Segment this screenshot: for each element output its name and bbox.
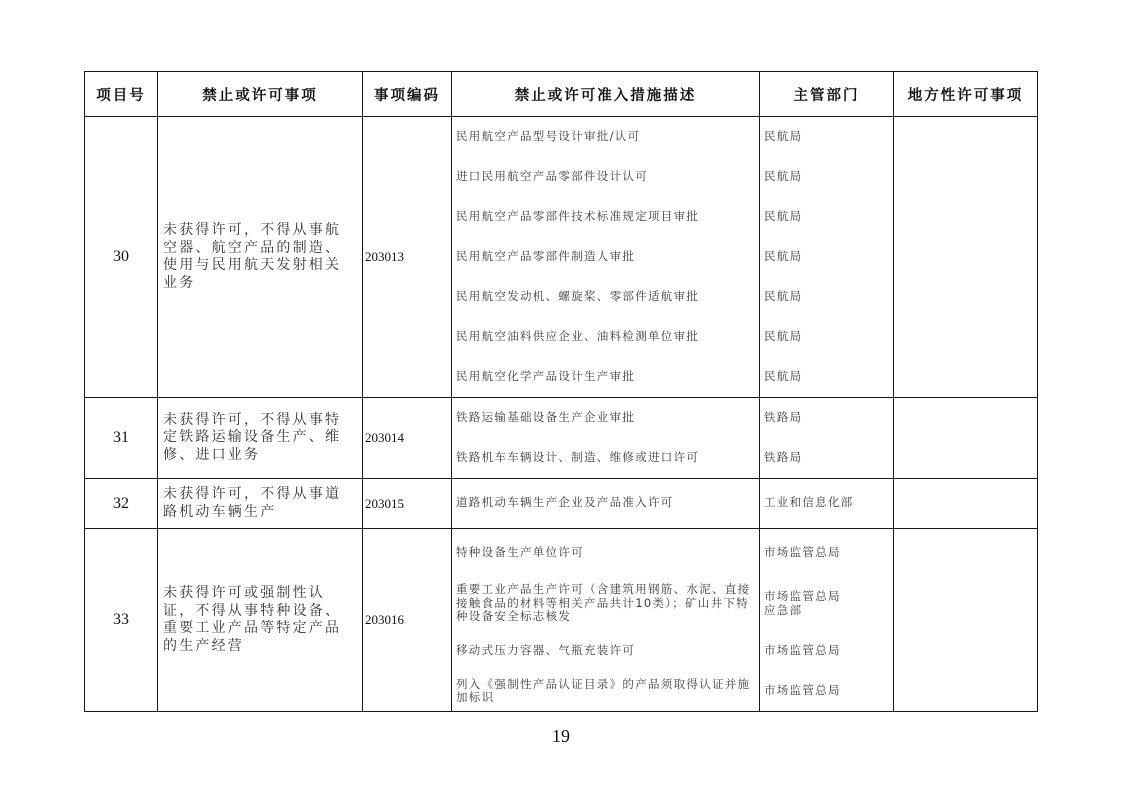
item-title: 未获得许可，不得从事道路机动车辆生产 — [158, 479, 363, 529]
department: 民航局 — [760, 277, 893, 317]
measure-description: 铁路机车车辆设计、制造、维修或进口许可 — [452, 438, 759, 478]
department-list: 铁路局 铁路局 — [760, 398, 894, 479]
department-list: 市场监管总局 市场监管总局 应急部 市场监管总局 市场监管总局 — [760, 529, 894, 712]
permit-table: 项目号 禁止或许可事项 事项编码 禁止或许可准入措施描述 主管部门 地方性许可事… — [84, 71, 1038, 712]
item-code: 203013 — [363, 117, 452, 398]
department: 民航局 — [760, 237, 893, 277]
department: 市场监管总局 — [760, 631, 893, 671]
department: 民航局 — [760, 357, 893, 397]
local-permit — [894, 398, 1038, 479]
measure-description: 进口民用航空产品零部件设计认可 — [452, 157, 759, 197]
department: 民航局 — [760, 197, 893, 237]
header-code: 事项编码 — [363, 72, 452, 117]
measure-description-list: 民用航空产品型号设计审批/认可 进口民用航空产品零部件设计认可 民用航空产品零部… — [452, 117, 760, 398]
measure-description: 民用航空化学产品设计生产审批 — [452, 357, 759, 397]
page-number: 19 — [0, 726, 1122, 747]
department-list: 工业和信息化部 — [760, 479, 894, 529]
measure-description-list: 道路机动车辆生产企业及产品准入许可 — [452, 479, 760, 529]
item-number: 32 — [85, 479, 158, 529]
measure-description-list: 特种设备生产单位许可 重要工业产品生产许可（含建筑用钢筋、水泥、直接接触食品的材… — [452, 529, 760, 712]
measure-description: 民用航空油料供应企业、油料检测单位审批 — [452, 317, 759, 357]
department: 铁路局 — [760, 398, 893, 438]
table-header-row: 项目号 禁止或许可事项 事项编码 禁止或许可准入措施描述 主管部门 地方性许可事… — [85, 72, 1038, 117]
item-code: 203014 — [363, 398, 452, 479]
item-title: 未获得许可或强制性认证，不得从事特种设备、重要工业产品等特定产品的生产经营 — [158, 529, 363, 712]
header-description: 禁止或许可准入措施描述 — [452, 72, 760, 117]
measure-description: 民用航空产品零部件技术标准规定项目审批 — [452, 197, 759, 237]
measure-description: 铁路运输基础设备生产企业审批 — [452, 398, 759, 438]
document-page: 项目号 禁止或许可事项 事项编码 禁止或许可准入措施描述 主管部门 地方性许可事… — [0, 0, 1122, 793]
measure-description: 道路机动车辆生产企业及产品准入许可 — [452, 479, 759, 527]
table-row: 33 未获得许可或强制性认证，不得从事特种设备、重要工业产品等特定产品的生产经营… — [85, 529, 1038, 712]
department: 市场监管总局 应急部 — [760, 576, 893, 631]
measure-description: 重要工业产品生产许可（含建筑用钢筋、水泥、直接接触食品的材料等相关产品共计10类… — [452, 576, 759, 631]
header-local-permit: 地方性许可事项 — [894, 72, 1038, 117]
department: 民航局 — [760, 117, 893, 157]
item-code: 203015 — [363, 479, 452, 529]
local-permit — [894, 529, 1038, 712]
item-number: 30 — [85, 117, 158, 398]
header-item-no: 项目号 — [85, 72, 158, 117]
local-permit — [894, 479, 1038, 529]
measure-description: 民用航空产品零部件制造人审批 — [452, 237, 759, 277]
header-department: 主管部门 — [760, 72, 894, 117]
measure-description: 列入《强制性产品认证目录》的产品须取得认证并施加标识 — [452, 671, 759, 711]
item-title: 未获得许可，不得从事特定铁路运输设备生产、维修、进口业务 — [158, 398, 363, 479]
department-list: 民航局 民航局 民航局 民航局 民航局 民航局 民航局 — [760, 117, 894, 398]
measure-description: 民用航空产品型号设计审批/认可 — [452, 117, 759, 157]
measure-description: 特种设备生产单位许可 — [452, 529, 759, 576]
item-number: 31 — [85, 398, 158, 479]
department: 铁路局 — [760, 438, 893, 478]
department: 工业和信息化部 — [760, 479, 893, 527]
local-permit — [894, 117, 1038, 398]
table-row: 31 未获得许可，不得从事特定铁路运输设备生产、维修、进口业务 203014 铁… — [85, 398, 1038, 479]
measure-description: 移动式压力容器、气瓶充装许可 — [452, 631, 759, 671]
item-title: 未获得许可，不得从事航空器、航空产品的制造、使用与民用航天发射相关业务 — [158, 117, 363, 398]
measure-description-list: 铁路运输基础设备生产企业审批 铁路机车车辆设计、制造、维修或进口许可 — [452, 398, 760, 479]
table-row: 32 未获得许可，不得从事道路机动车辆生产 203015 道路机动车辆生产企业及… — [85, 479, 1038, 529]
department: 民航局 — [760, 157, 893, 197]
item-code: 203016 — [363, 529, 452, 712]
table-row: 30 未获得许可，不得从事航空器、航空产品的制造、使用与民用航天发射相关业务 2… — [85, 117, 1038, 398]
measure-description: 民用航空发动机、螺旋桨、零部件适航审批 — [452, 277, 759, 317]
department: 市场监管总局 — [760, 671, 893, 711]
department: 民航局 — [760, 317, 893, 357]
item-number: 33 — [85, 529, 158, 712]
department: 市场监管总局 — [760, 529, 893, 576]
header-item: 禁止或许可事项 — [158, 72, 363, 117]
